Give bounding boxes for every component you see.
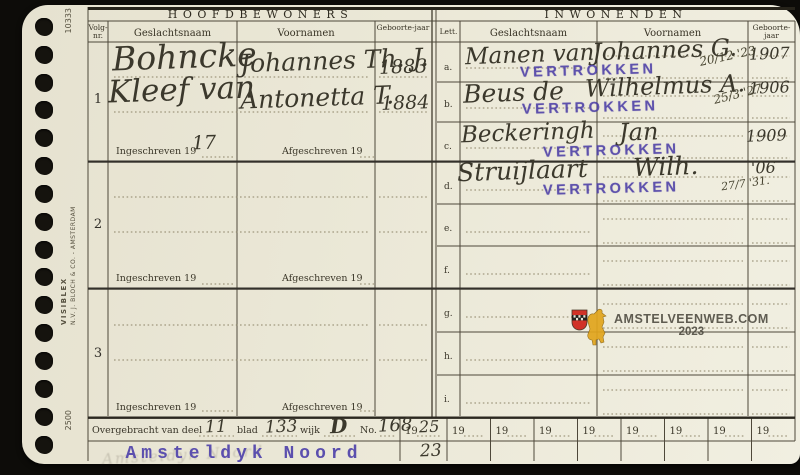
punch-hole [35, 157, 53, 175]
firstnames-handwriting: Wilh. [633, 153, 699, 180]
year-cell-label: 19 [496, 426, 509, 437]
vertrokken-stamp: VERTROKKEN [522, 98, 659, 118]
watermark-year: 2023 [679, 326, 705, 338]
printer-company: N.V. J. BLOCH & CO. - AMSTERDAM [70, 155, 77, 325]
row-letter: f. [444, 266, 450, 276]
stock-number-top: 10333 [64, 8, 73, 33]
address-imprint: Amsteldyk Noord [88, 444, 400, 464]
row-letter: g. [444, 309, 453, 319]
ingeschreven-label: Ingeschreven 19 [116, 146, 196, 157]
year-cell-label: 19 [452, 426, 465, 437]
right-section-title: INWONENDEN [437, 8, 795, 21]
ingeschreven-year-handwriting: 17 [192, 134, 217, 154]
hoofdbewoners-group-2: 2 Ingeschreven 19 Afgeschreven 19 [88, 162, 433, 289]
no-label: No. [360, 425, 377, 436]
col-header-birthyear-left: Geboorte-jaar [376, 24, 430, 32]
punch-hole [35, 296, 53, 314]
col-header-firstnames-left: Voornamen [237, 28, 375, 39]
inwonenden-row-b: b. Beus de Wilhelmus A. 1906 VERTROKKEN … [437, 82, 795, 122]
birthyear-handwriting: 1909 [746, 127, 787, 144]
scan-background: 10333 VISIBLEX N.V. J. BLOCH & CO. - AMS… [0, 0, 800, 475]
punch-hole [35, 74, 53, 92]
year-cell-label: 19 [539, 426, 552, 437]
firstnames-handwriting: Antonetta T. [240, 82, 395, 112]
punch-hole [35, 129, 53, 147]
punch-hole [35, 213, 53, 231]
punch-hole [35, 18, 53, 36]
amstelveen-crest-icon [570, 304, 610, 346]
inwonenden-row-i: i. [437, 375, 795, 418]
afgeschreven-label: Afgeschreven 19 [282, 402, 363, 413]
blad-label: blad [237, 425, 258, 436]
year-cell-label: 19 [626, 426, 639, 437]
hoofdbewoners-group-1: 1 Bohncke Johannes Th. J. 1883 Kleef van… [88, 42, 433, 162]
house-number-handwriting: 23 [420, 443, 442, 461]
punch-hole [35, 46, 53, 64]
vertrokken-stamp: VERTROKKEN [543, 179, 680, 199]
punch-hole [35, 268, 53, 286]
birthyear-handwriting: 1883 [379, 57, 428, 78]
watermark-site: AMSTELVEENWEB.COM [614, 312, 769, 326]
group-number: 1 [88, 92, 108, 107]
row-letter: e. [444, 224, 452, 234]
group-number: 3 [88, 346, 108, 361]
ingeschreven-label: Ingeschreven 19 [116, 273, 196, 284]
afgeschreven-label: Afgeschreven 19 [282, 273, 363, 284]
year-cell-handwriting: 25 [419, 419, 440, 436]
surname-handwriting: Kleef van [108, 72, 256, 108]
col-header-letter: Lett. [437, 28, 460, 36]
surname-handwriting: Struijlaart [457, 156, 589, 186]
overgebracht-label: Overgebracht van deel [92, 425, 202, 436]
register-card: 10333 VISIBLEX N.V. J. BLOCH & CO. - AMS… [22, 5, 800, 464]
printer-brand: VISIBLEX [60, 155, 68, 325]
year-cell-label: 19 [670, 426, 683, 437]
row-letter: d. [444, 182, 453, 192]
punch-hole [35, 380, 53, 398]
col-header-volgnr: Volg-nr. [88, 24, 108, 41]
punch-hole [35, 352, 53, 370]
year-cell-label: 19 [713, 426, 726, 437]
inwonenden-row-c: c. Beckeringh Jan 1909 VERTROKKEN [437, 122, 795, 162]
watermark: AMSTELVEENWEB.COM 2023 [570, 304, 790, 346]
col-header-surname-right: Geslachtsnaam [460, 28, 597, 39]
wijk-label: wijk [300, 425, 320, 436]
year-cell-label: 19 [757, 426, 770, 437]
printer-imprint: VISIBLEX N.V. J. BLOCH & CO. - AMSTERDAM [60, 155, 77, 325]
inwonenden-row-f: f. [437, 246, 795, 289]
blad-handwriting: 133 [265, 418, 298, 436]
group-number: 2 [88, 217, 108, 232]
row-letter: a. [444, 63, 452, 73]
inwonenden-row-d: d. Struijlaart Wilh. '06 VERTROKKEN 27/7… [437, 162, 795, 204]
year-cell-label: 19 [583, 426, 596, 437]
stock-number-bottom: 2500 [64, 410, 73, 430]
inwonenden-row-e: e. [437, 204, 795, 246]
left-section-title: HOOFDBEWONERS [88, 8, 433, 21]
wijk-handwriting: D [330, 416, 348, 437]
birthyear-handwriting: 1884 [381, 93, 430, 114]
punch-hole [35, 324, 53, 342]
row-letter: c. [444, 142, 452, 152]
firstnames-handwriting: Jan [619, 119, 659, 144]
punch-hole [35, 101, 53, 119]
punch-hole [35, 408, 53, 426]
row-letter: i. [444, 395, 450, 405]
deel-handwriting: 11 [205, 419, 227, 437]
stamp-date-handwriting: 27/7 '31. [720, 175, 770, 193]
punch-hole [35, 185, 53, 203]
hoofdbewoners-group-3: 3 Ingeschreven 19 Afgeschreven 19 [88, 289, 433, 418]
row-letter: h. [444, 352, 453, 362]
ingeschreven-label: Ingeschreven 19 [116, 402, 196, 413]
col-header-birthyear-right: Geboorte-jaar [749, 24, 794, 41]
punch-hole [35, 241, 53, 259]
afgeschreven-label: Afgeschreven 19 [282, 146, 363, 157]
row-letter: b. [444, 100, 453, 110]
year-cell-label: 19 [405, 426, 418, 437]
punch-hole [35, 436, 53, 454]
